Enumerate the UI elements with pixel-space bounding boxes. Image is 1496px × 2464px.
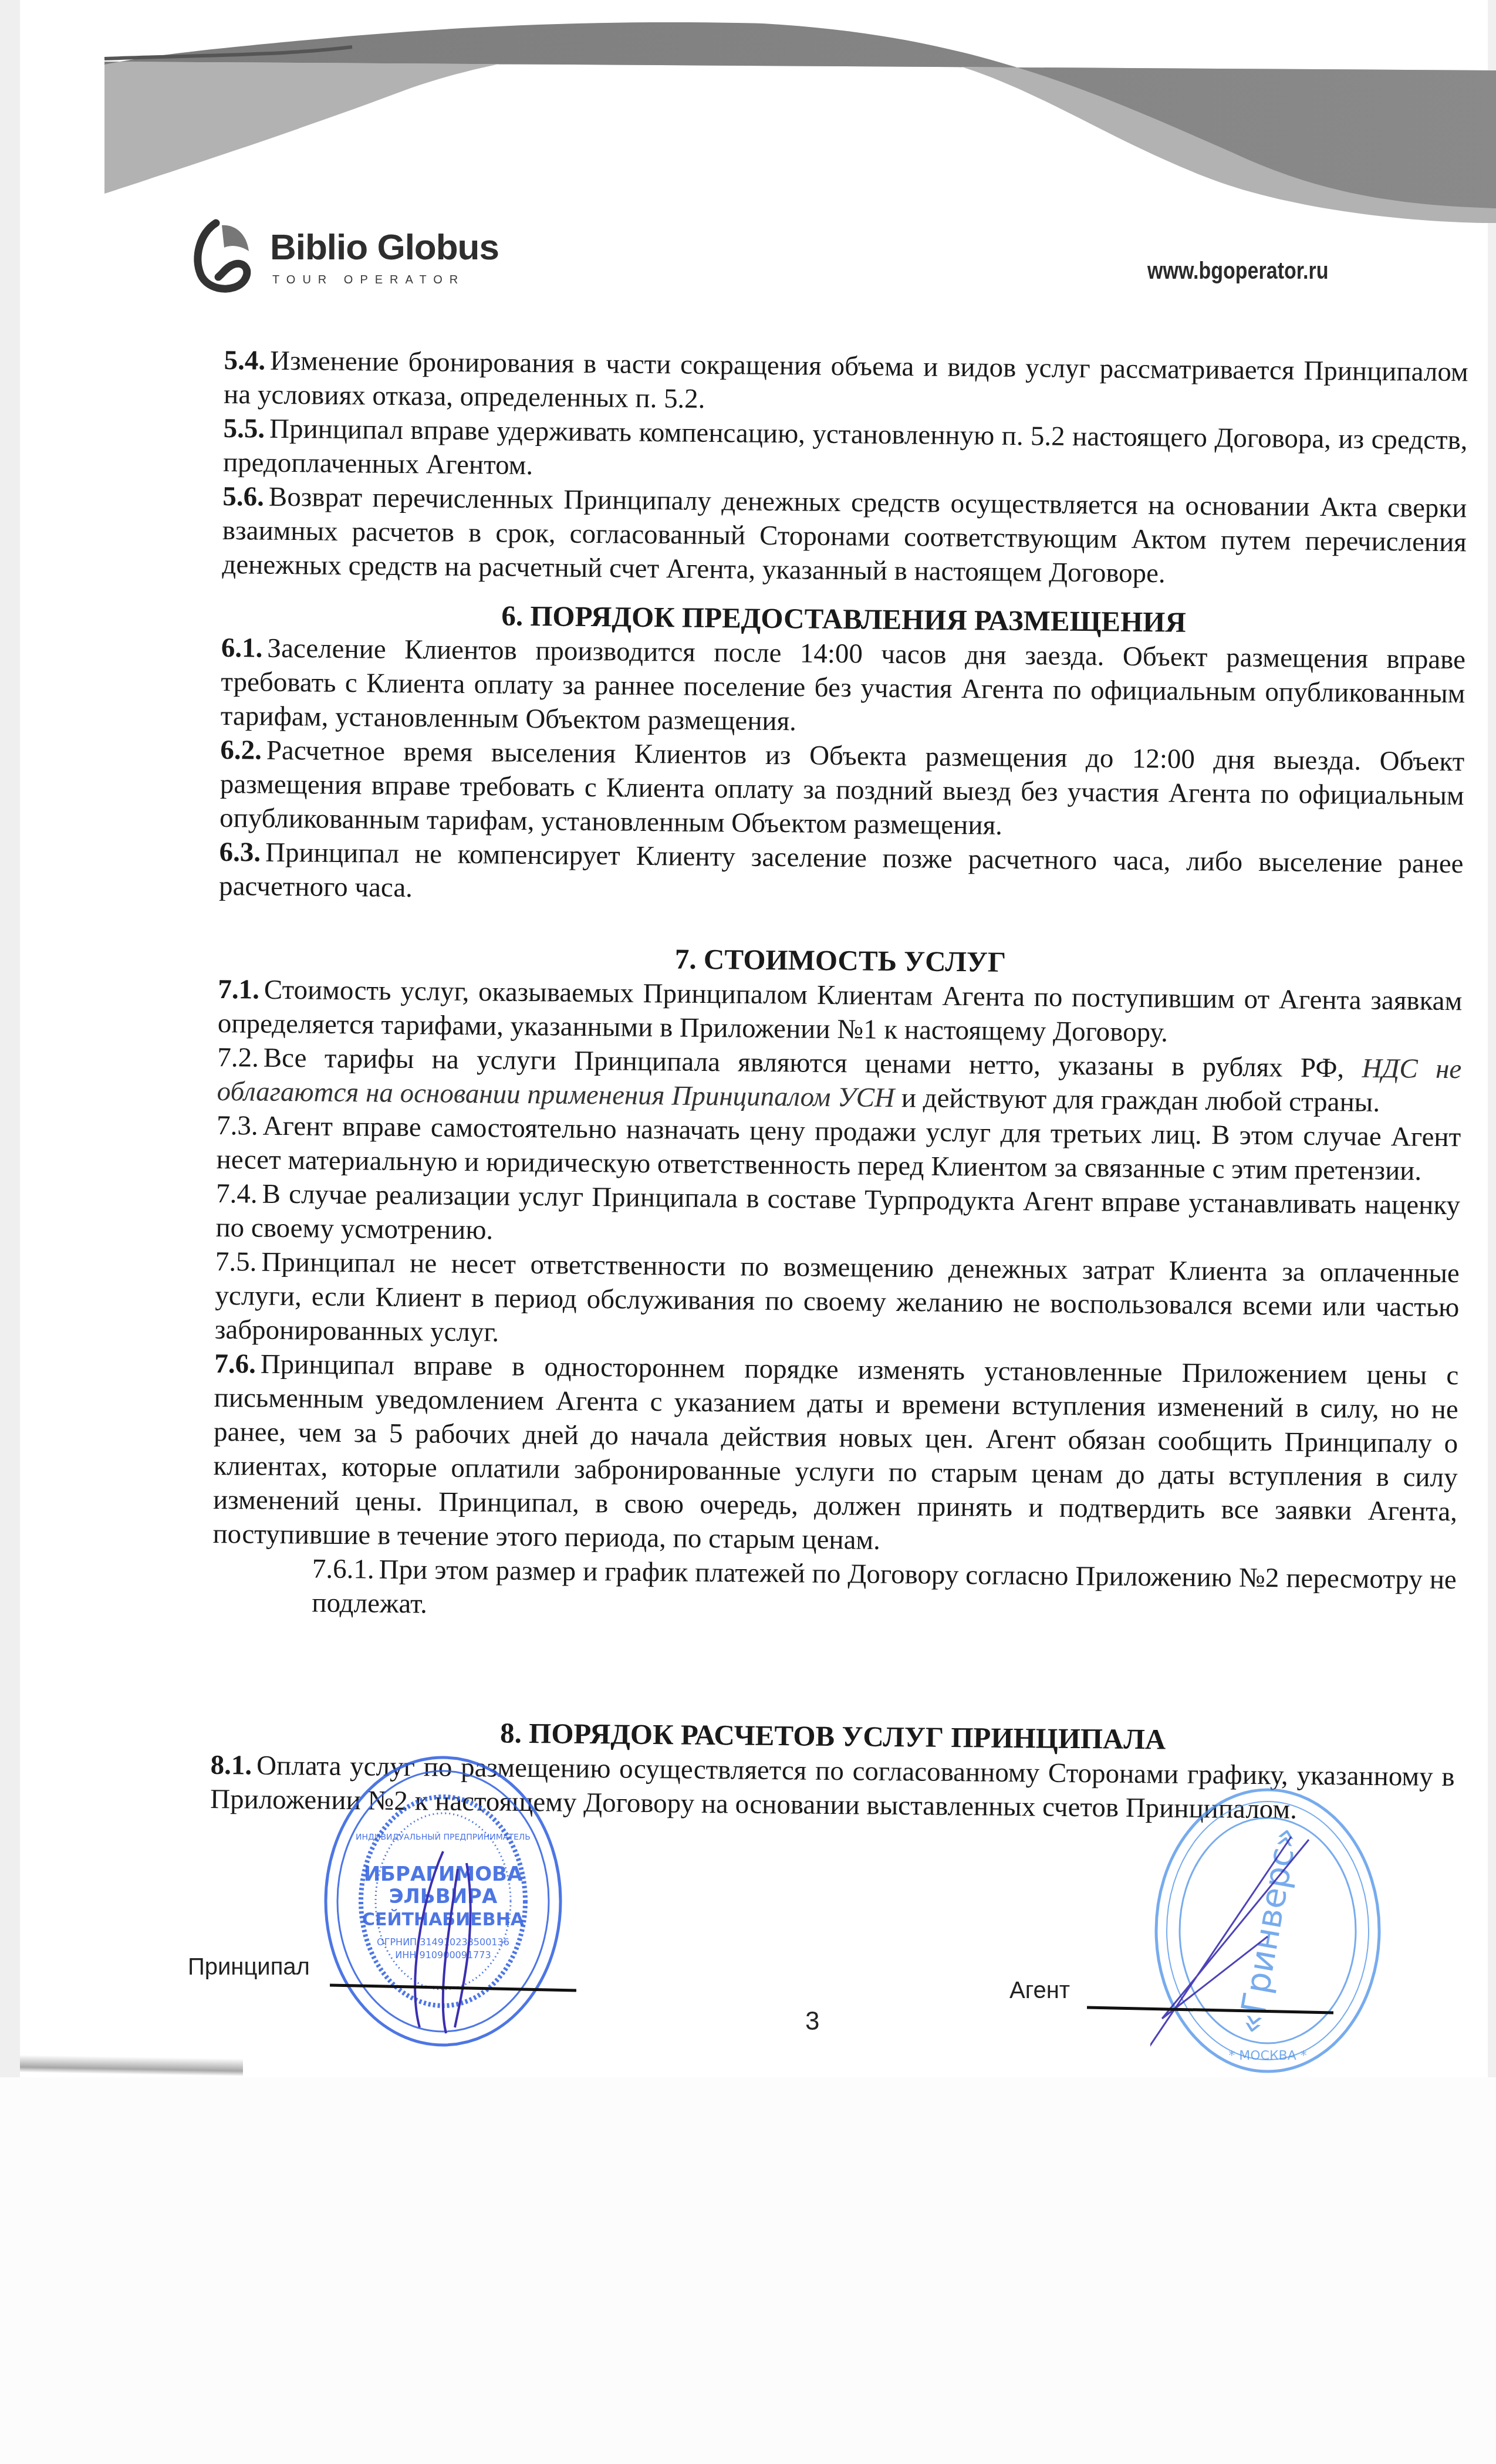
clause-number: 7.6.1. [312,1554,374,1585]
stamp-name-line-3: СЕЙТНАБИЕВНА [362,1909,525,1930]
stamp-center-top: ИНДИВИДУАЛЬНЫЙ ПРЕДПРИНИМАТЕЛЬ [356,1831,531,1842]
clause-number: 7.4. [216,1178,258,1209]
clause-number: 5.4. [224,345,265,376]
page-number: 3 [805,2007,819,2036]
stamp-name-line-2: ЭЛЬВИРА [389,1885,498,1908]
clause-number: 8.1. [210,1750,252,1781]
clause-number: 7.3. [217,1110,258,1141]
header-wave-graphic [0,0,1496,235]
clause-number: 7.2. [217,1042,259,1073]
clause-5-5: 5.5.Принципал вправе удерживать компенса… [223,411,1468,491]
clause-text: Принципал не несет ответственности по во… [215,1247,1460,1348]
contract-body: 5.4.Изменение бронирования в части сокра… [210,343,1468,1828]
agent-signature-label: Агент [1009,1978,1070,2004]
clause-text: Заселение Клиентов производится после 14… [221,633,1466,737]
clause-7-6-1: 7.6.1.При этом размер и график платежей … [212,1551,1457,1631]
clause-7-1: 7.1.Стоимость услуг, оказываемых Принцип… [218,972,1463,1052]
clause-text-end: и действуют для граждан любой страны. [894,1083,1380,1118]
stamp-inn: ИНН 910900091773 [395,1949,491,1961]
clause-5-4: 5.4.Изменение бронирования в части сокра… [224,343,1468,423]
clause-number: 5.5. [223,413,265,444]
clause-number: 5.6. [222,481,264,512]
clause-7-6: 7.6.Принципал вправе в одностороннем пор… [212,1347,1458,1563]
clause-text: Возврат перечисленных Принципалу денежны… [222,482,1467,589]
clause-text: Принципал не компенсирует Клиенту заселе… [219,837,1464,903]
clause-number: 6.2. [220,735,262,766]
clause-number: 7.6. [214,1348,256,1380]
clause-text: При этом размер и график платежей по Дог… [312,1554,1457,1620]
scan-bottom-shadow [20,2055,243,2077]
clause-5-6: 5.6.Возврат перечисленных Принципалу ден… [222,479,1467,593]
clause-text: В случае реализации услуг Принципала в с… [215,1179,1460,1246]
brand-logo: Biblio Globus TOUR OPERATOR [188,216,528,298]
clause-number: 7.1. [218,974,259,1005]
stamp-company-name: «Гринверс» [1230,1824,1305,2037]
clause-text: Принципал вправе в одностороннем порядке… [212,1349,1458,1556]
website-link[interactable]: www.bgoperator.ru [1147,258,1329,285]
scan-left-edge [0,0,20,2077]
stamp-city: * МОСКВА * [1228,2049,1306,2063]
clause-text: Расчетное время выселения Клиентов из Об… [219,735,1465,841]
principal-signature-label: Принципал [188,1954,310,1980]
clause-7-5: 7.5.Принципал не несет ответственности п… [215,1245,1460,1358]
clause-7-2: 7.2.Все тарифы на услуги Принципала явля… [217,1040,1461,1120]
principal-stamp: ИБРАГИМОВА ЭЛЬВИРА СЕЙТНАБИЕВНА ОГРНИП 3… [320,1752,566,2051]
clause-7-4: 7.4.В случае реализации услуг Принципала… [215,1177,1460,1256]
brand-name: Biblio Globus [270,227,499,268]
clause-text: Стоимость услуг, оказываемых Принципалом… [218,975,1463,1048]
clause-text: Агент вправе самостоятельно назначать це… [216,1111,1461,1187]
clause-6-2: 6.2.Расчетное время выселения Клиентов и… [219,733,1465,847]
agent-stamp: «Гринверс» * МОСКВА * [1150,1784,1385,2077]
scanned-page: Biblio Globus TOUR OPERATOR www.bgoperat… [0,0,1496,2077]
scan-right-edge [1488,0,1496,2077]
stamp-ogrnip: ОГРНИП 314910233500136 [377,1936,509,1948]
clause-7-3: 7.3.Агент вправе самостоятельно назначат… [216,1108,1461,1188]
stamp-name-line-1: ИБРАГИМОВА [364,1863,523,1886]
biblio-globus-logo-icon [188,216,264,298]
clause-number: 6.3. [219,837,261,868]
clause-number: 7.5. [215,1246,257,1277]
clause-number: 6.1. [221,633,263,664]
clause-6-3: 6.3.Принципал не компенсирует Клиенту за… [219,835,1464,915]
clause-6-1: 6.1.Заселение Клиентов производится посл… [221,631,1466,745]
clause-text: Изменение бронирования в части сокращени… [224,346,1468,414]
brand-subtitle: TOUR OPERATOR [272,273,465,287]
clause-text: Принципал вправе удерживать компенсацию,… [223,414,1468,481]
